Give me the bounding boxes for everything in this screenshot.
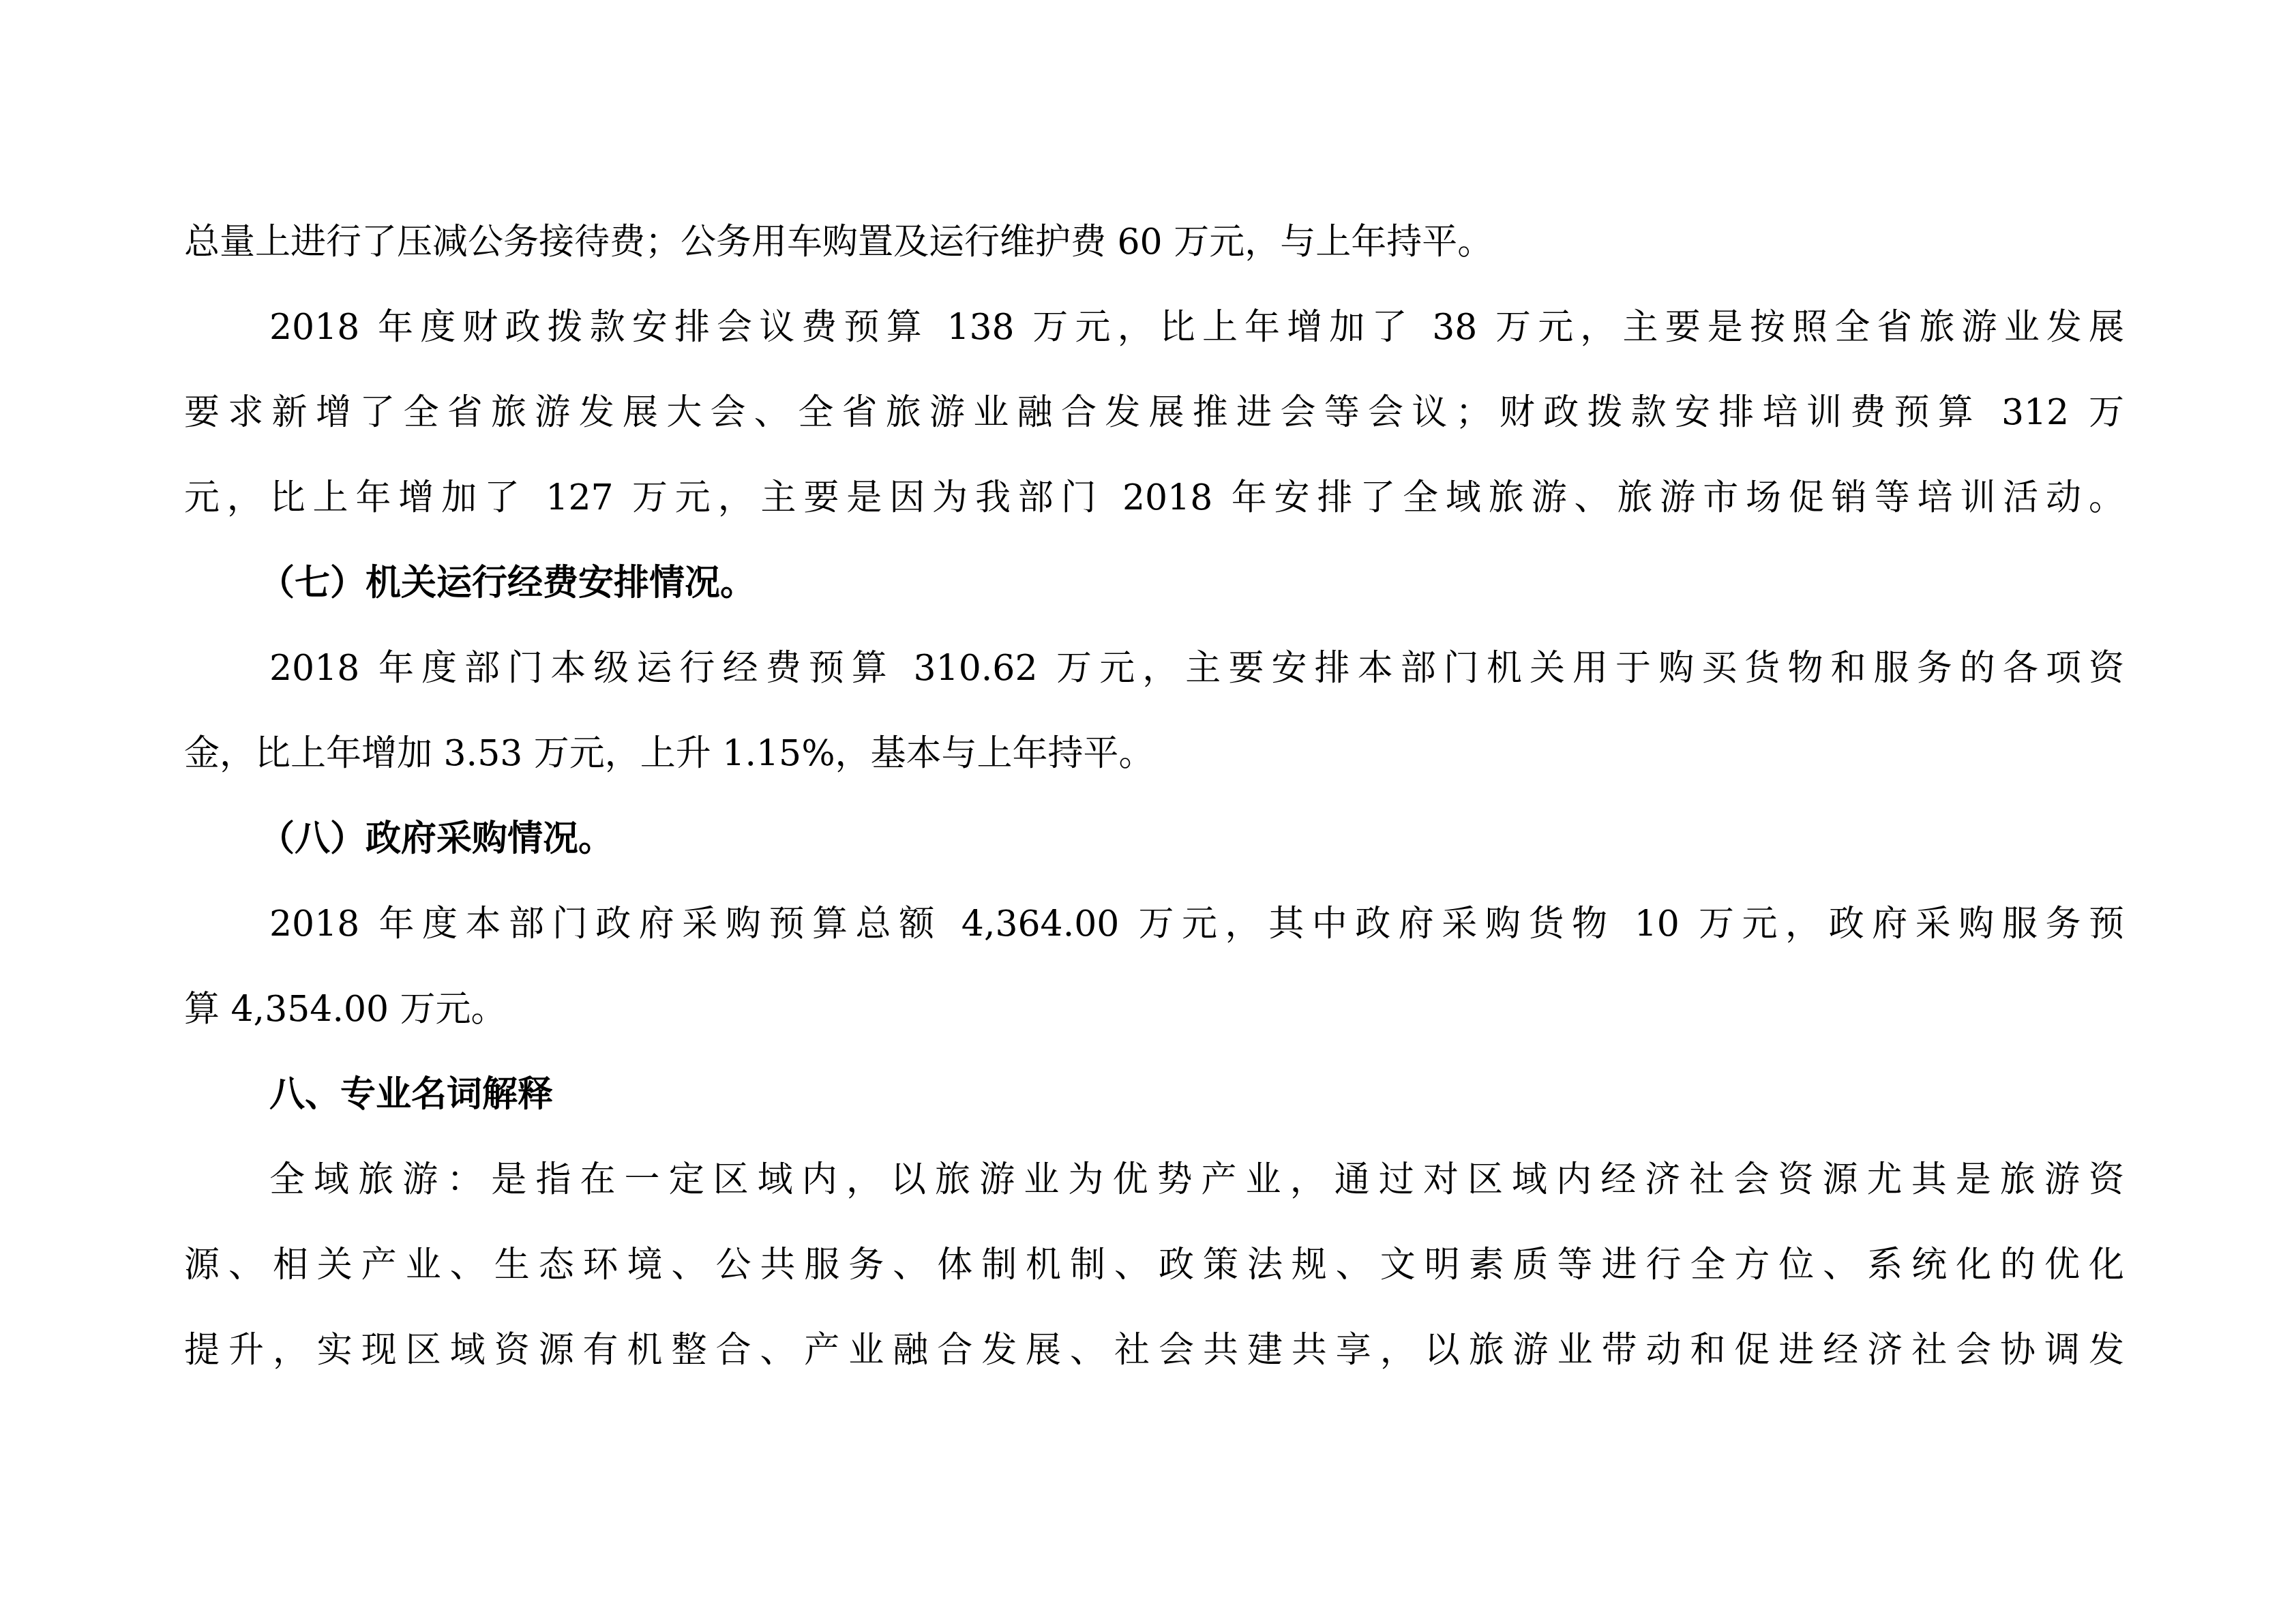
section-heading: （七）机关运行经费安排情况。 xyxy=(259,559,2199,607)
paragraph-line: 2018 年度本部门政府采购预算总额 4,364.00 万元，其中政府采购货物 … xyxy=(269,900,2124,948)
paragraph-line: 总量上进行了压减公务接待费；公务用车购置及运行维护费 60 万元，与上年持平。 xyxy=(184,218,2124,266)
document-page: 总量上进行了压减公务接待费；公务用车购置及运行维护费 60 万元，与上年持平。 … xyxy=(0,0,2296,1623)
paragraph-line: 全域旅游：是指在一定区域内，以旅游业为优势产业，通过对区域内经济社会资源尤其是旅… xyxy=(269,1156,2124,1204)
paragraph-line: 提升，实现区域资源有机整合、产业融合发展、社会共建共享，以旅游业带动和促进经济社… xyxy=(184,1326,2124,1374)
paragraph-line: 金，比上年增加 3.53 万元，上升 1.15%，基本与上年持平。 xyxy=(184,730,2124,777)
paragraph-line: 元，比上年增加了 127 万元，主要是因为我部门 2018 年安排了全域旅游、旅… xyxy=(184,474,2124,522)
chapter-heading: 八、专业名词解释 xyxy=(269,1071,2209,1118)
paragraph-line: 算 4,354.00 万元。 xyxy=(184,985,2124,1033)
paragraph-line: 源、相关产业、生态环境、公共服务、体制机制、政策法规、文明素质等进行全方位、系统… xyxy=(184,1241,2124,1289)
paragraph-line: 2018 年度财政拨款安排会议费预算 138 万元，比上年增加了 38 万元，主… xyxy=(269,303,2124,351)
paragraph-line: 2018 年度部门本级运行经费预算 310.62 万元，主要安排本部门机关用于购… xyxy=(269,644,2124,692)
section-heading: （八）政府采购情况。 xyxy=(259,815,2199,863)
paragraph-line: 要求新增了全省旅游发展大会、全省旅游业融合发展推进会等会议；财政拨款安排培训费预… xyxy=(184,389,2124,436)
